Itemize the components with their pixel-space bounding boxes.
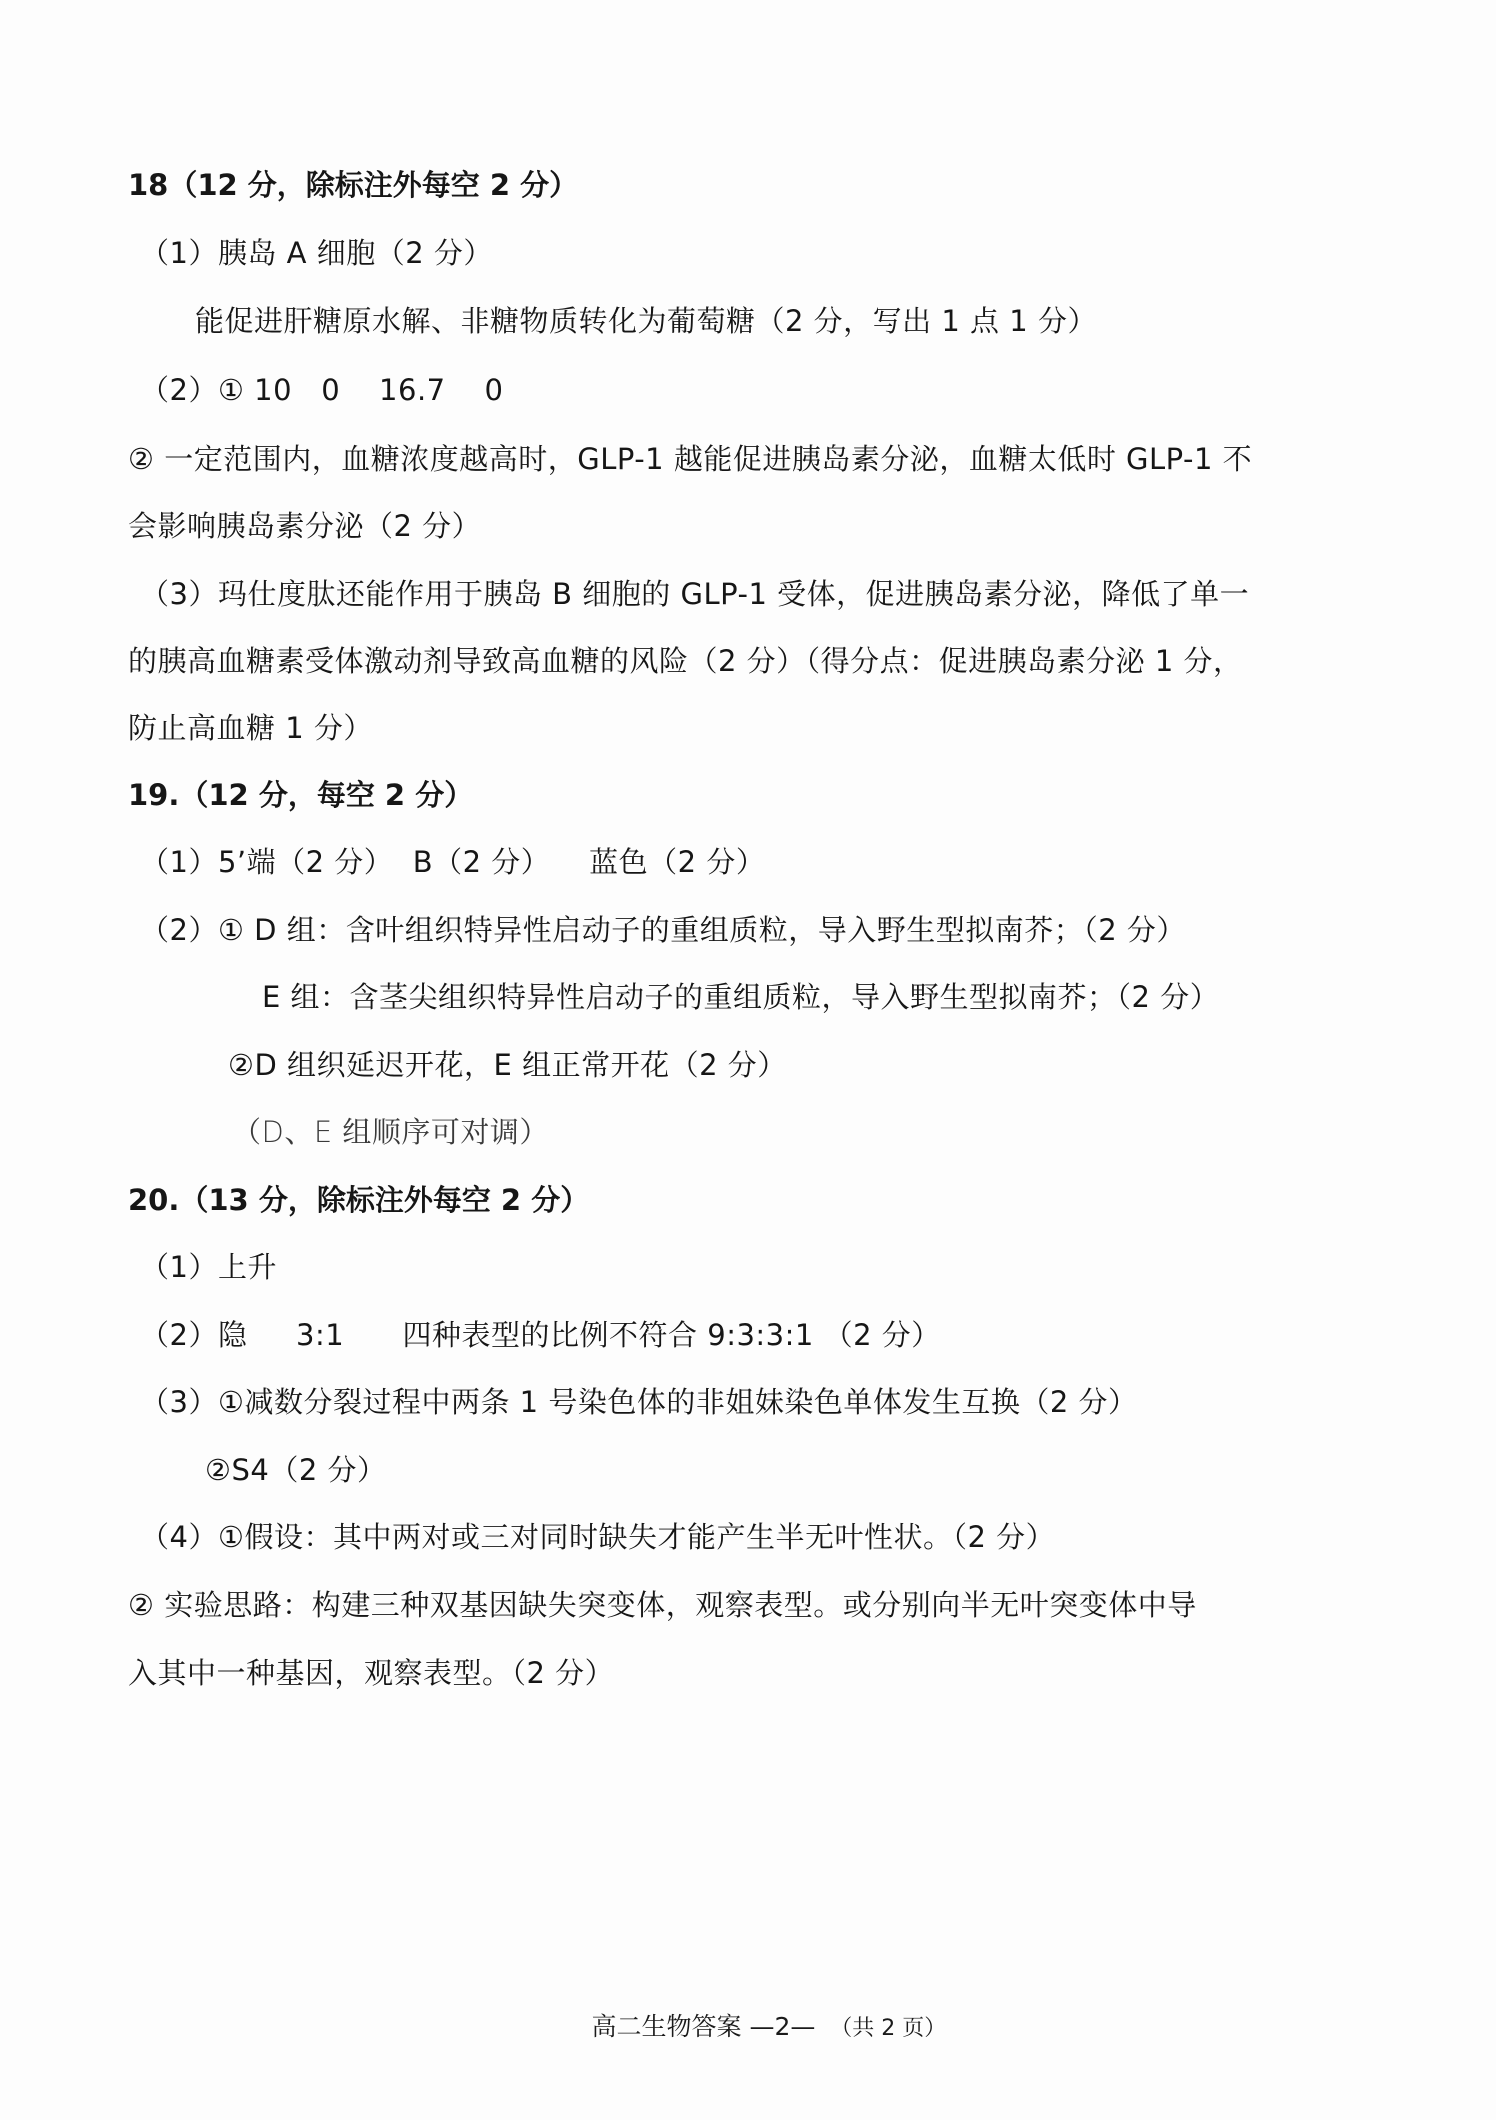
q20-part3-answer2: ②S4（2 分） — [205, 1450, 387, 1490]
q18-part3-line3: 防止高血糖 1 分） — [128, 708, 373, 748]
page-footer: 高二生物答案 —2— （共 2 页） — [0, 1967, 1496, 2089]
q19-heading: 19.（12 分，每空 2 分） — [128, 775, 473, 815]
q18-part2-values: （2）① 10 0 16.7 0 — [140, 370, 503, 410]
q19-order-note: （D、E 组顺序可对调） — [232, 1112, 549, 1152]
q20-part2-answer: （2）隐 3:1 四种表型的比例不符合 9:3:3:1 （2 分） — [140, 1315, 941, 1355]
footer-total-pages: （共 2 页） — [823, 2016, 946, 2041]
q18-part2-conclusion-line2: 会影响胰岛素分泌（2 分） — [128, 506, 481, 546]
q18-part3-line1: （3）玛仕度肽还能作用于胰岛 B 细胞的 GLP-1 受体，促进胰岛素分泌，降低… — [140, 574, 1249, 614]
q20-part4-approach-line1: ② 实验思路：构建三种双基因缺失突变体，观察表型。或分别向半无叶突变体中导 — [128, 1585, 1197, 1625]
q20-part4-hypothesis: （4）①假设：其中两对或三对同时缺失才能产生半无叶性状。（2 分） — [140, 1517, 1055, 1557]
q18-part1-explanation: 能促进肝糖原水解、非糖物质转化为葡萄糖（2 分，写出 1 点 1 分） — [195, 301, 1097, 341]
q19-part2-group-e: E 组：含茎尖组织特异性启动子的重组质粒，导入野生型拟南芥；（2 分） — [262, 977, 1219, 1017]
q20-part3-answer1: （3）①减数分裂过程中两条 1 号染色体的非姐妹染色单体发生互换（2 分） — [140, 1382, 1138, 1422]
q18-part1-answer: （1）胰岛 A 细胞（2 分） — [140, 233, 493, 273]
q20-part4-approach-line2: 入其中一种基因，观察表型。（2 分） — [128, 1653, 614, 1693]
q18-heading: 18（12 分，除标注外每空 2 分） — [128, 165, 578, 205]
q19-part2-group-d: （2）① D 组：含叶组织特异性启动子的重组质粒，导入野生型拟南芥；（2 分） — [140, 910, 1186, 950]
q19-part1-answer: （1）5’端（2 分） B（2 分） 蓝色（2 分） — [140, 842, 765, 882]
footer-title: 高二生物答案 — [591, 2012, 741, 2041]
q20-heading: 20.（13 分，除标注外每空 2 分） — [128, 1180, 589, 1220]
footer-page-number: —2— — [742, 2012, 824, 2041]
q18-part3-line2: 的胰高血糖素受体激动剂导致高血糖的风险（2 分）（得分点：促进胰岛素分泌 1 分… — [128, 641, 1243, 681]
q20-part1-answer: （1）上升 — [140, 1247, 277, 1287]
q18-part2-conclusion-line1: ② 一定范围内，血糖浓度越高时，GLP-1 越能促进胰岛素分泌，血糖太低时 GL… — [128, 439, 1252, 479]
answer-key-page: 18（12 分，除标注外每空 2 分） （1）胰岛 A 细胞（2 分） 能促进肝… — [0, 0, 1496, 2120]
q19-part2-result: ②D 组织延迟开花，E 组正常开花（2 分） — [228, 1045, 787, 1085]
